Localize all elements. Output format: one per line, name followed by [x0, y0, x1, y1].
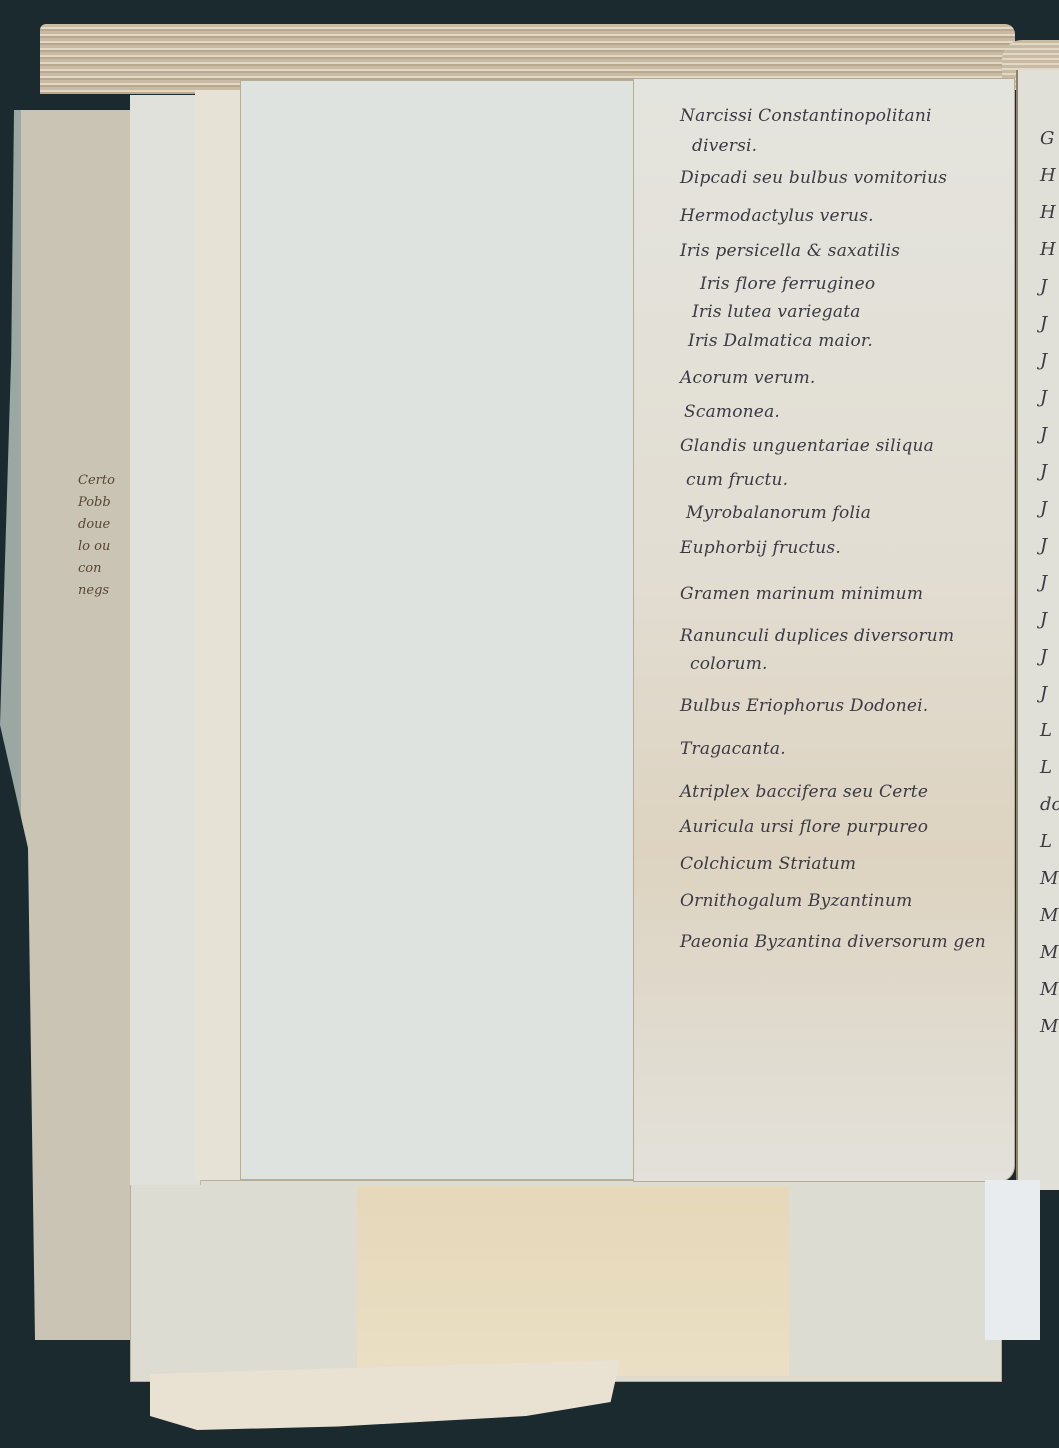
next-page-letter: H	[1040, 231, 1059, 268]
next-page-letter: M	[1040, 1008, 1059, 1045]
manuscript-line: Auricula ursi flore purpureo	[680, 819, 928, 836]
next-page-letter: J	[1040, 305, 1059, 342]
next-page-letter: J	[1040, 638, 1059, 675]
next-page-letter: J	[1040, 416, 1059, 453]
manuscript-line: Acorum verum.	[680, 370, 816, 387]
torn-left-flap	[0, 110, 140, 1340]
next-page-letter: H	[1040, 157, 1059, 194]
margin-note-fragment: CertoPobbdouelo ouconnegs	[78, 470, 138, 602]
next-page-letter: J	[1040, 601, 1059, 638]
next-page-letter: J	[1040, 268, 1059, 305]
manuscript-line: Hermodactylus verus.	[680, 208, 874, 225]
next-page-letter: J	[1040, 564, 1059, 601]
next-page-letter: L	[1040, 712, 1059, 749]
manuscript-line: colorum.	[690, 656, 768, 673]
manuscript-line: Ornithogalum Byzantinum	[680, 893, 912, 910]
manuscript-line: Bulbus Eriophorus Dodonei.	[680, 698, 928, 715]
manuscript-line: Euphorbij fructus.	[680, 540, 841, 557]
manuscript-line: Iris persicella & saxatilis	[680, 243, 900, 260]
next-page-letter: J	[1040, 490, 1059, 527]
next-page-letter: J	[1040, 453, 1059, 490]
next-page-letter: G	[1040, 120, 1059, 157]
next-page-letter: M	[1040, 897, 1059, 934]
manuscript-line: Gramen marinum minimum	[680, 586, 923, 603]
next-page-letter: J	[1040, 342, 1059, 379]
next-page-letter: L	[1040, 749, 1059, 786]
next-page-letter: M	[1040, 971, 1059, 1008]
page-stub-2	[195, 90, 246, 1180]
margin-note-line: Certo	[78, 470, 138, 492]
page-stub	[130, 95, 201, 1185]
next-page-letter: J	[1040, 379, 1059, 416]
margin-note-line: con	[78, 558, 138, 580]
manuscript-line: Narcissi Constantinopolitani	[680, 108, 932, 125]
margin-note-line: Pobb	[78, 492, 138, 514]
manuscript-line: Ranunculi duplices diversorum	[680, 628, 954, 645]
manuscript-line: Myrobalanorum folia	[686, 505, 871, 522]
next-page-letter: H	[1040, 194, 1059, 231]
bottom-paper-patch	[357, 1186, 789, 1376]
manuscript-line: Atriplex baccifera seu Certe	[680, 784, 928, 801]
manuscript-line: Paeonia Byzantina diversorum gen	[680, 934, 986, 951]
margin-note-line: negs	[78, 580, 138, 602]
manuscript-line: Iris flore ferrugineo	[700, 276, 875, 293]
next-page-letter: J	[1040, 675, 1059, 712]
next-page-letter: L	[1040, 823, 1059, 860]
manuscript-line: Tragacanta.	[680, 741, 786, 758]
spine-cloth	[985, 1180, 1040, 1340]
next-page-letter: M	[1040, 860, 1059, 897]
manuscript-line: Glandis unguentariae siliqua	[680, 438, 934, 455]
next-page-letter: do	[1040, 786, 1059, 823]
next-page-letter: J	[1040, 527, 1059, 564]
manuscript-line: Dipcadi seu bulbus vomitorius	[680, 170, 947, 187]
manuscript-line: Colchicum Striatum	[680, 856, 856, 873]
manuscript-line: Scamonea.	[684, 404, 780, 421]
next-page-letter: M	[1040, 934, 1059, 971]
left-blank-page	[240, 80, 634, 1180]
manuscript-line: diversi.	[692, 138, 757, 155]
margin-note-line: doue	[78, 514, 138, 536]
manuscript-line: Iris Dalmatica maior.	[688, 333, 873, 350]
manuscript-line: cum fructu.	[686, 472, 788, 489]
next-page-letters: GHHHJJJJJJJJJJJJLLdoLMMMMM	[1040, 120, 1059, 1045]
margin-note-line: lo ou	[78, 536, 138, 558]
manuscript-line: Iris lutea variegata	[692, 304, 861, 321]
